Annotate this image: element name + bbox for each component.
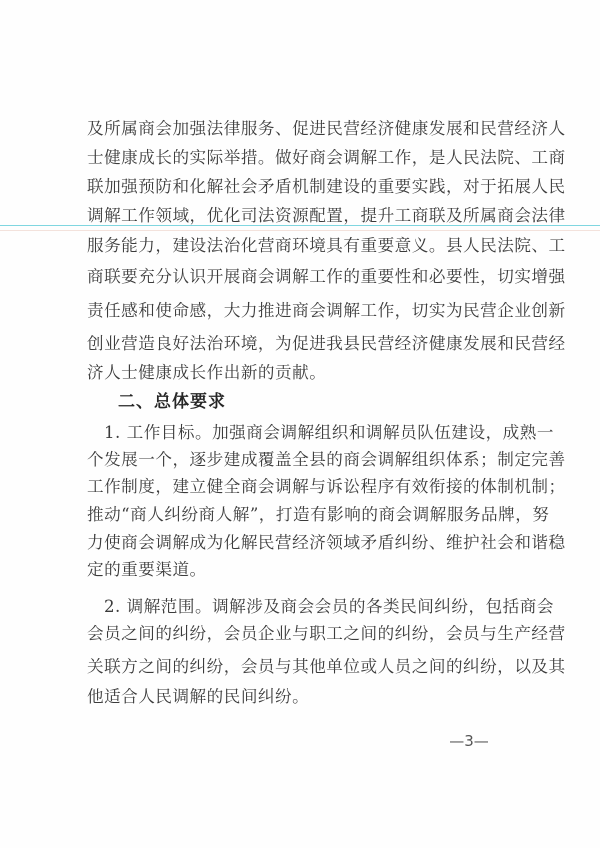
paragraph-line: 责任感和使命感，大力推进商会调解工作，切实为民营企业创新 bbox=[87, 299, 499, 323]
item-line: 推动“商人纠纷商人解”，打造有影响的商会调解服务品牌，努 bbox=[87, 503, 499, 527]
section-heading: 二、总体要求 bbox=[118, 390, 226, 414]
paragraph-line: 士健康成长的实际举措。做好商会调解工作，是人民法院、工商 bbox=[87, 146, 499, 170]
scan-artifact-line-faint bbox=[0, 230, 600, 231]
paragraph-line: 创业营造良好法治环境，为促进我县民营经济健康发展和民营经 bbox=[87, 332, 499, 356]
item-line: 定的重要渠道。 bbox=[87, 558, 207, 582]
page-number: —3— bbox=[446, 731, 492, 751]
item-line: 个发展一个，逐步建成覆盖全县的商会调解组织体系；制定完善 bbox=[87, 448, 499, 472]
item-line: 力使商会调解成为化解民营经济领域矛盾纠纷、维护社会和谐稳 bbox=[87, 531, 499, 555]
paragraph-line: 联加强预防和化解社会矛盾机制建设的重要实践，对于拓展人民 bbox=[87, 175, 499, 199]
item-line: 会员之间的纠纷，会员企业与职工之间的纠纷，会员与生产经营 bbox=[87, 622, 499, 646]
paragraph-line: 济人士健康成长作出新的贡献。 bbox=[87, 361, 326, 385]
paragraph-line: 调解工作领域，优化司法资源配置，提升工商联及所属商会法律 bbox=[87, 204, 499, 228]
document-page: 及所属商会加强法律服务、促进民营经济健康发展和民营经济人 士健康成长的实际举措。… bbox=[0, 0, 600, 848]
paragraph-line: 服务能力，建设法治化营商环境具有重要意义。县人民法院、工 bbox=[87, 234, 499, 258]
item-line: 关联方之间的纠纷，会员与其他单位或人员之间的纠纷，以及其 bbox=[87, 655, 499, 679]
item-line: 他适合人民调解的民间纠纷。 bbox=[87, 685, 309, 709]
paragraph-line: 及所属商会加强法律服务、促进民营经济健康发展和民营经济人 bbox=[87, 117, 499, 141]
paragraph-line: 商联要充分认识开展商会调解工作的重要性和必要性，切实增强 bbox=[87, 265, 499, 289]
item-line: 1. 工作目标。加强商会调解组织和调解员队伍建设，成熟一 bbox=[104, 421, 499, 445]
item-line: 工作制度，建立健全商会调解与诉讼程序有效衔接的体制机制； bbox=[87, 475, 499, 499]
item-line: 2. 调解范围。调解涉及商会会员的各类民间纠纷，包括商会 bbox=[104, 595, 499, 619]
